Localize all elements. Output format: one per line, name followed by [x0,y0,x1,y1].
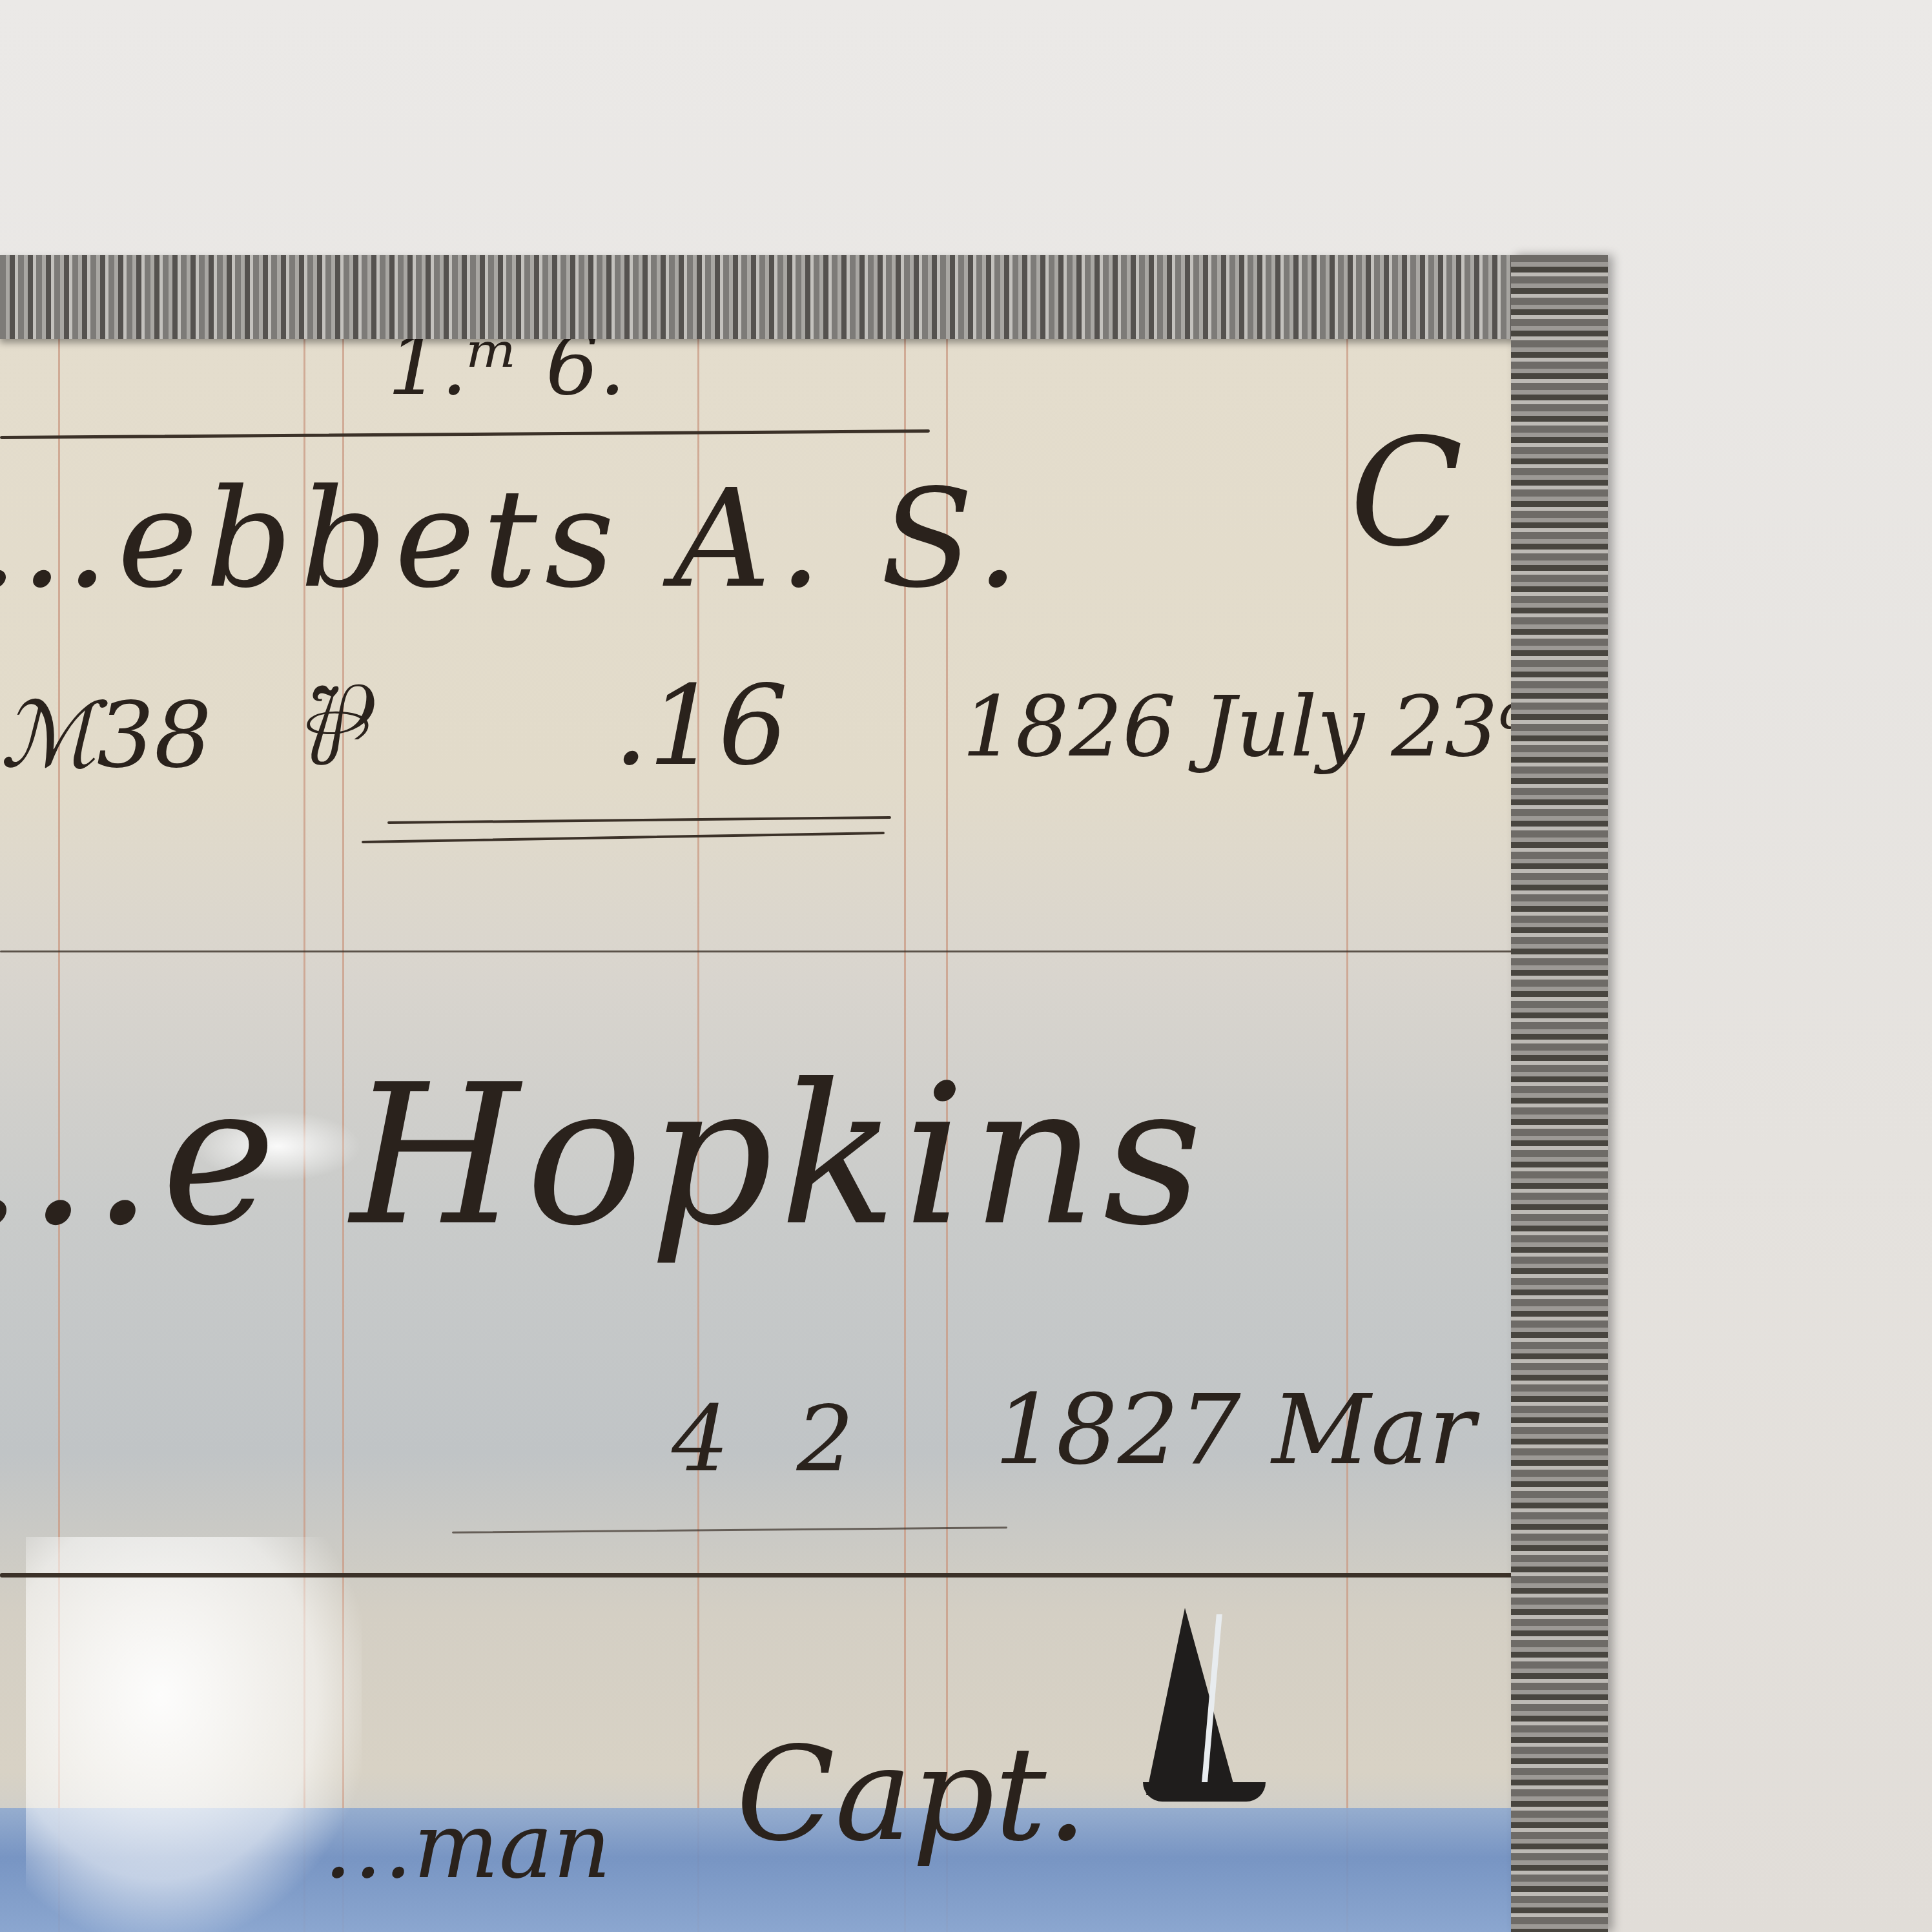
ledger-amount: 4 2 [672,1395,874,1485]
sailboat-hull [1143,1782,1266,1802]
sailboat-sail [1146,1608,1237,1795]
ledger-folio: ℳ38 [0,691,212,781]
ledger-divider [0,951,1514,952]
ledger-amount: .16 [613,672,788,781]
ledger-name-tebbets: …ebbets A. S. [0,471,1027,607]
ledger-divider [0,1573,1514,1577]
frame-right-edge [1511,255,1608,1932]
painted-wave-foam [26,1537,362,1932]
ledger-right-mark: C [1350,420,1463,568]
ledger-captain-title: Capt. [736,1731,1087,1860]
ledger-ruling-line [1346,336,1348,1932]
ledger-date: 1827 Mar [994,1382,1475,1479]
ledger-per-symbol: ⅌ [291,672,362,781]
ledger-date: 1826 July 23ᵈ [962,684,1532,768]
frame-top-edge [0,255,1601,339]
ledger-name-partial: …man [323,1802,611,1892]
ledger-name-hopkins: …e Hopkins [0,1059,1209,1253]
